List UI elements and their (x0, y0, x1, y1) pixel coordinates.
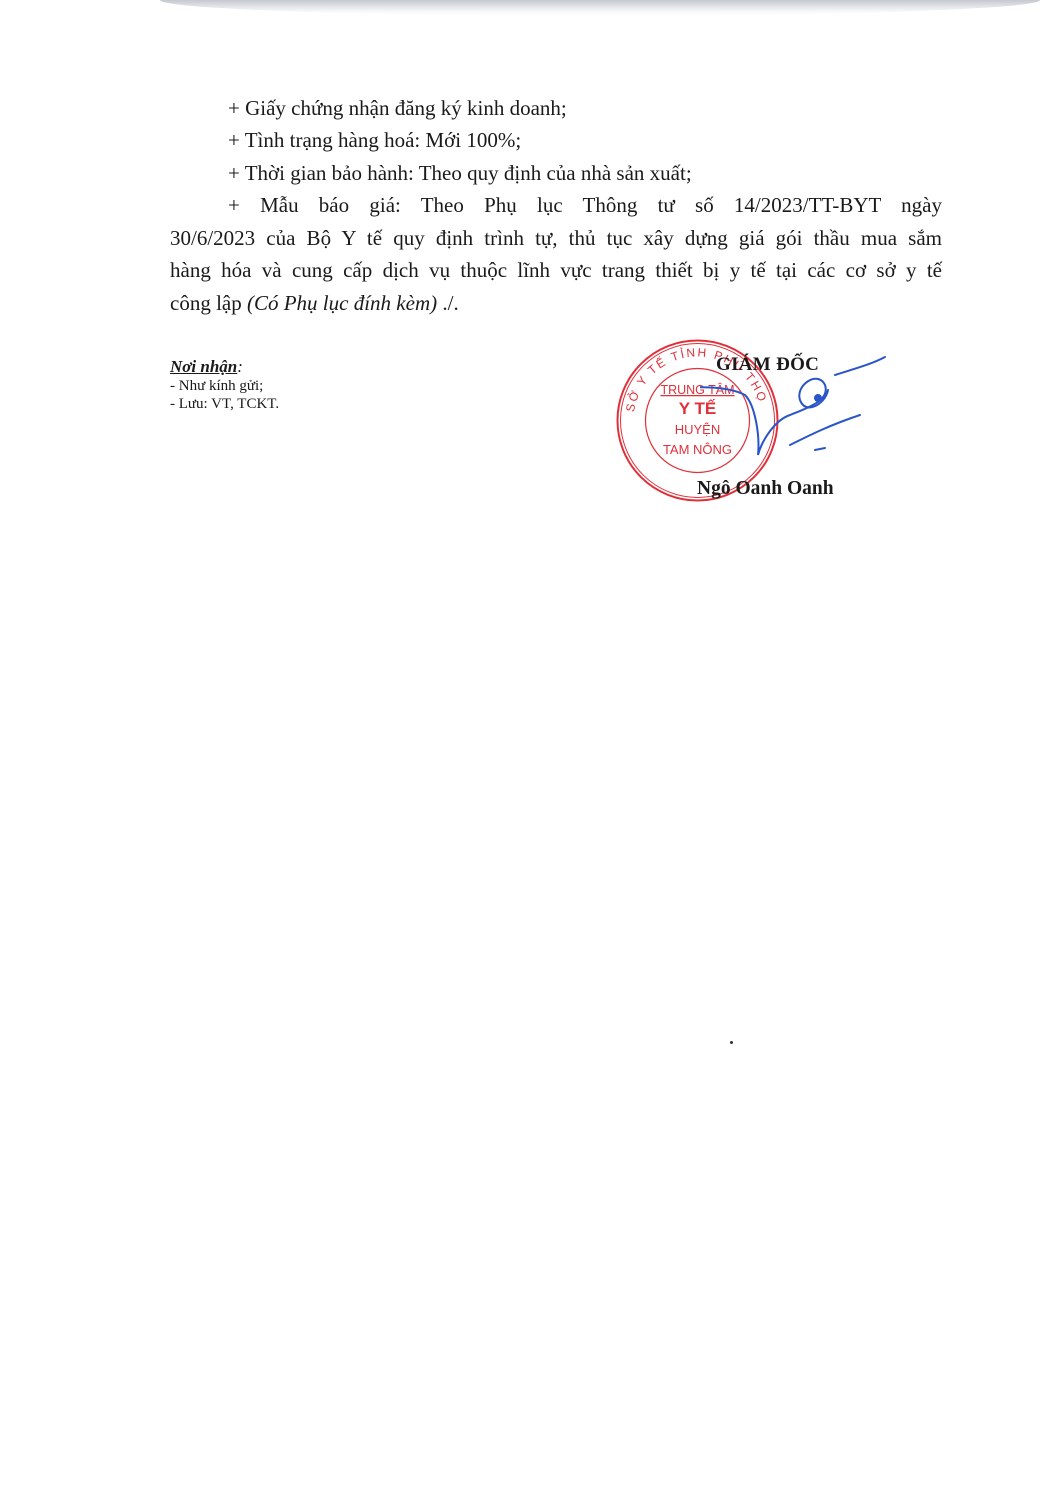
handwritten-signature-icon (700, 345, 890, 475)
recipient-item: - Lưu: VT, TCKT. (170, 395, 279, 413)
attachment-note: (Có Phụ lục đính kèm) (247, 291, 437, 315)
recipient-item: - Như kính gửi; (170, 377, 279, 395)
condition-goods-status: + Tình trạng hàng hoá: Mới 100%; (170, 124, 521, 157)
scan-speck (730, 1041, 733, 1044)
recipients-colon: : (237, 357, 243, 376)
recipients-title: Nơi nhận: (170, 357, 279, 377)
condition-warranty: + Thời gian bảo hành: Theo quy định của … (170, 157, 692, 190)
paragraph-text: công lập (170, 291, 247, 315)
page-top-shadow (160, 0, 1040, 16)
paragraph-row: + Mẫu báo giá: Theo Phụ lục Thông tư số … (170, 189, 942, 222)
paragraph-row: hàng hóa và cung cấp dịch vụ thuộc lĩnh … (170, 254, 942, 287)
paragraph-row-last: công lập (Có Phụ lục đính kèm) ./. (170, 287, 942, 320)
condition-business-license: + Giấy chứng nhận đăng ký kinh doanh; (170, 92, 567, 125)
quote-template-paragraph: + Mẫu báo giá: Theo Phụ lục Thông tư số … (170, 189, 942, 319)
recipients-title-text: Nơi nhận (170, 357, 237, 376)
signatory-name: Ngô Oanh Oanh (697, 478, 834, 500)
paragraph-end: ./. (437, 291, 459, 315)
recipients-block: Nơi nhận: - Như kính gửi; - Lưu: VT, TCK… (170, 357, 279, 413)
paragraph-row: 30/6/2023 của Bộ Y tế quy định trình tự,… (170, 222, 942, 255)
